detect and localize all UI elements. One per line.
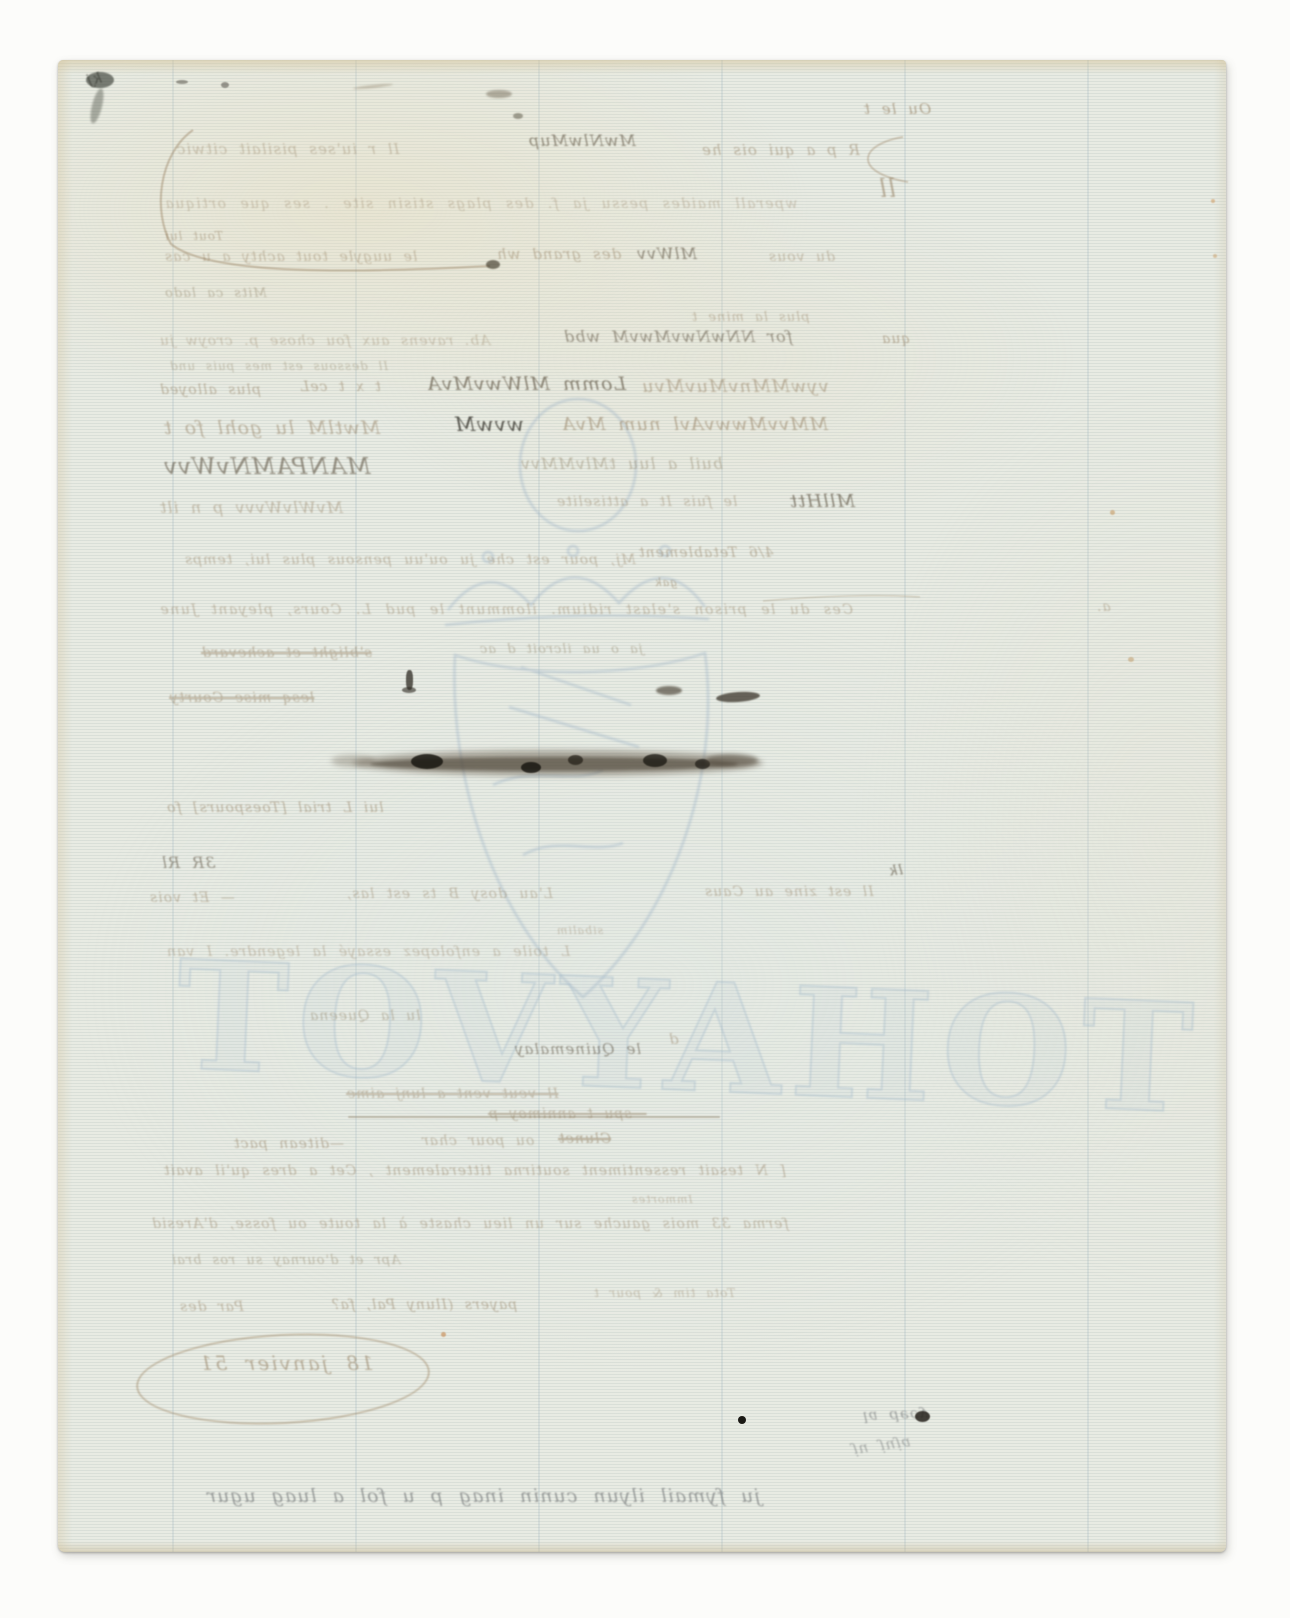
photo-background: TOVYAHOT Ou le tIl r iu'ses pisilait cit…: [0, 0, 1290, 1618]
ink-mark: [88, 87, 106, 124]
ink-mark: [716, 690, 761, 703]
ink-mark: [656, 686, 682, 695]
ink-mark: [441, 1332, 446, 1337]
ink-mark: [513, 113, 523, 119]
ink-mark: [1213, 254, 1217, 258]
ink-mark: [643, 754, 667, 767]
ink-mark: [1110, 510, 1115, 515]
ink-mark: [915, 1411, 930, 1422]
ink-mark: [221, 82, 229, 88]
ink-mark: [706, 754, 758, 767]
ink-mark: [348, 1116, 720, 1118]
ink-mark: [738, 1416, 746, 1424]
ink-marks-layer: [58, 60, 1226, 1552]
screenshot-root: { "scene": {"background_color": "#fcfcfa…: [0, 0, 1290, 1618]
ink-mark: [176, 80, 188, 84]
ink-mark: [486, 260, 500, 269]
ink-mark: [486, 90, 512, 98]
ink-mark: [411, 754, 443, 769]
oval-annotation-outline: [134, 1326, 432, 1431]
ink-mark: [1211, 199, 1215, 203]
ink-mark: [1128, 657, 1134, 662]
ink-mark: [86, 72, 114, 88]
ink-mark: [353, 83, 393, 90]
ink-mark: [521, 762, 541, 773]
manuscript-page: TOVYAHOT Ou le tIl r iu'ses pisilait cit…: [58, 60, 1226, 1552]
ink-mark: [402, 687, 416, 693]
ink-mark: [568, 755, 583, 765]
